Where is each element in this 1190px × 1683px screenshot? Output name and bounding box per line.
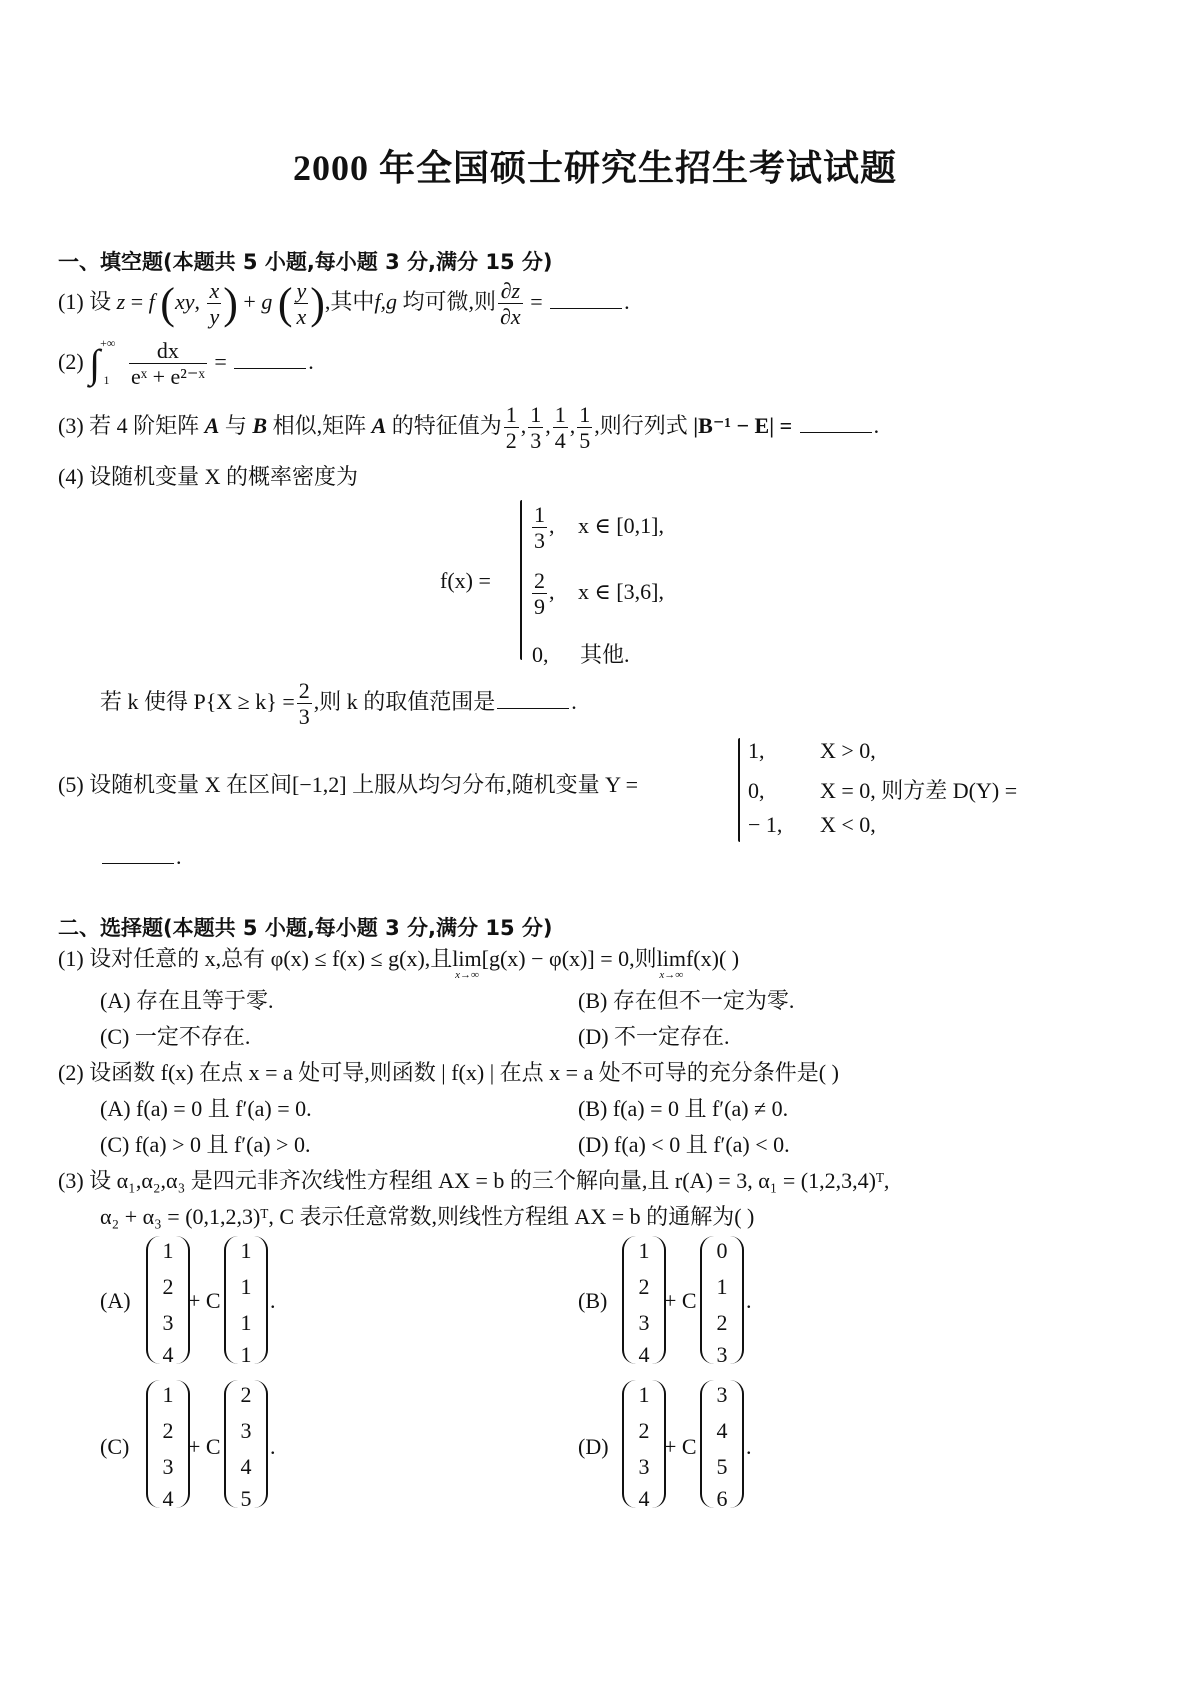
- choice-question-2: (2) 设函数 f(x) 在点 x = a 处可导,则函数 | f(x) | 在…: [58, 1062, 839, 1084]
- choice-question-3-cont: α₂ + α₃ = (0,1,2,3)ᵀ, C 表示任意常数,则线性方程组 AX…: [100, 1206, 754, 1228]
- fill-question-4: (4) 设随机变量 X 的概率密度为: [58, 466, 358, 488]
- answer-blank: [550, 307, 622, 309]
- choice-question-3: (3) 设 α₁,α₂,α₃ 是四元非齐次线性方程组 AX = b 的三个解向量…: [58, 1170, 889, 1192]
- answer-blank: [800, 431, 872, 433]
- fill-question-1: (1) 设 z = f (xy, xy) + g (yx),其中f,g 均可微,…: [58, 278, 630, 330]
- option-c[interactable]: (C) f(a) > 0 且 f′(a) > 0.: [100, 1134, 310, 1156]
- answer-blank: [234, 367, 306, 369]
- answer-blank: [497, 707, 569, 709]
- case-row-1: 13, x ∈ [0,1],: [530, 502, 664, 554]
- option-d[interactable]: (D) f(a) < 0 且 f′(a) < 0.: [578, 1134, 790, 1156]
- answer-blank: .: [100, 846, 182, 868]
- case-brace: [520, 500, 522, 660]
- case-row-3: 0, 其他.: [532, 638, 630, 669]
- option-b[interactable]: (B) 存在但不一定为零.: [578, 990, 794, 1012]
- fill-question-3: (3) 若 4 阶矩阵 A 与 B 相似,矩阵 A 的特征值为12,13,14,…: [58, 402, 879, 454]
- fill-question-5: (5) 设随机变量 X 在区间[−1,2] 上服从均匀分布,随机变量 Y =: [58, 774, 638, 796]
- option-c[interactable]: (C) 一定不存在.: [100, 1026, 250, 1048]
- option-d[interactable]: (D) 不一定存在.: [578, 1026, 730, 1048]
- option-a[interactable]: (A) 存在且等于零.: [100, 990, 274, 1012]
- option-a[interactable]: (A) f(a) = 0 且 f′(a) = 0.: [100, 1098, 312, 1120]
- page-title: 2000 年全国硕士研究生招生考试试题: [0, 140, 1190, 191]
- section-1-header: 一、填空题(本题共 5 小题,每小题 3 分,满分 15 分): [58, 246, 552, 276]
- case-row-2: 0,X = 0, 则方差 D(Y) =: [748, 774, 1017, 805]
- option-b[interactable]: (B) f(a) = 0 且 f′(a) ≠ 0.: [578, 1098, 788, 1120]
- case-brace: [738, 738, 740, 842]
- case-row-2: 29, x ∈ [3,6],: [530, 568, 664, 620]
- fill-question-4-condition: 若 k 使得 P{X ≥ k} =23,则 k 的取值范围是.: [100, 678, 577, 730]
- case-row-1: 1,X > 0,: [748, 738, 876, 764]
- section-2-header: 二、选择题(本题共 5 小题,每小题 3 分,满分 15 分): [58, 912, 552, 942]
- density-function-label: f(x) =: [440, 570, 491, 592]
- choice-question-1: (1) 设对任意的 x,总有 φ(x) ≤ f(x) ≤ g(x),且limx→…: [58, 948, 739, 981]
- case-row-3: − 1,X < 0,: [748, 812, 876, 838]
- fill-question-2: (2) ∫+∞1 dxeˣ + e²⁻ˣ = .: [58, 338, 314, 390]
